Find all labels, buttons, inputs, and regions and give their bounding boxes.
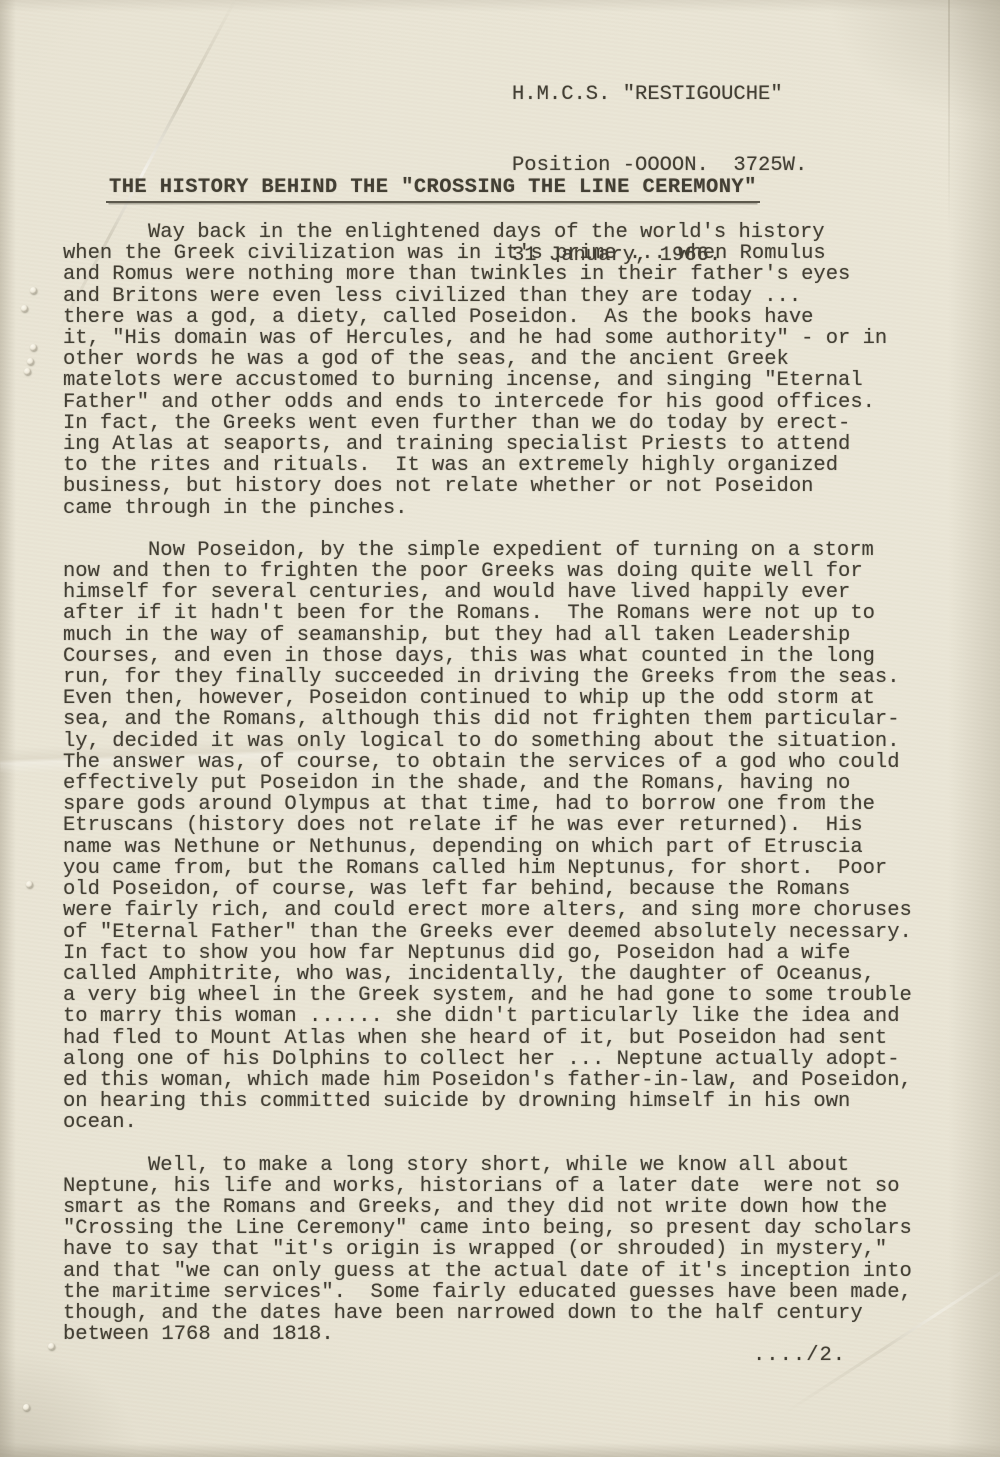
- paragraph-2: Now Poseidon, by the simple expedient of…: [63, 540, 963, 1134]
- page-continuation-mark: ..../2.: [753, 1344, 846, 1367]
- position-line: Position -OOOON. 3725W.: [512, 154, 807, 178]
- paragraph-3: Well, to make a long story short, while …: [63, 1155, 963, 1346]
- paragraph-1: Way back in the enlightened days of the …: [63, 222, 963, 519]
- paper-shadow-top-right: [780, 0, 1000, 160]
- staple-hole: [27, 358, 34, 365]
- ship-name: H.M.C.S. "RESTIGOUCHE": [512, 83, 807, 107]
- document-page: H.M.C.S. "RESTIGOUCHE" Position -OOOON. …: [0, 0, 1000, 1457]
- paper-crease-right: [948, 0, 950, 230]
- staple-hole: [30, 287, 37, 294]
- staple-hole: [48, 1343, 55, 1350]
- staple-hole: [24, 368, 31, 375]
- document-title: THE HISTORY BEHIND THE "CROSSING THE LIN…: [106, 176, 760, 203]
- document-body: Way back in the enlightened days of the …: [63, 222, 963, 1366]
- staple-hole: [30, 344, 37, 351]
- staple-hole: [21, 305, 28, 312]
- staple-hole: [23, 1404, 30, 1411]
- staple-hole: [26, 881, 33, 888]
